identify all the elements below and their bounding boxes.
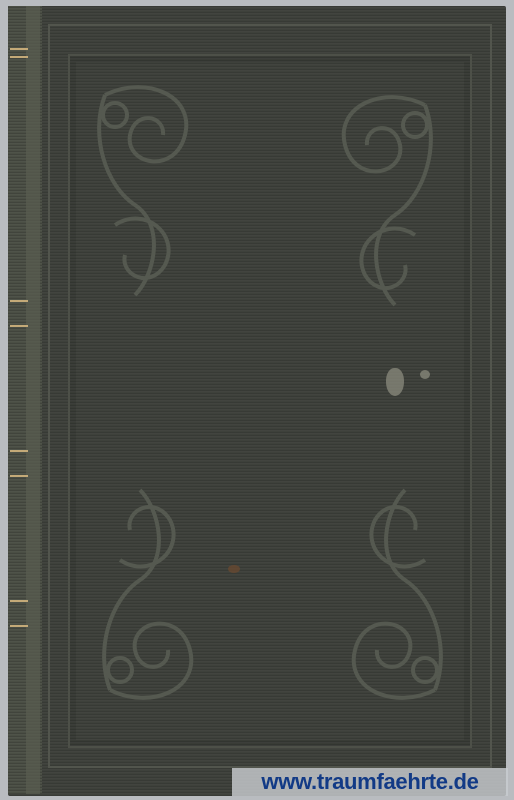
watermark-text: www.traumfaehrte.de <box>232 768 508 796</box>
spine-band <box>10 325 28 327</box>
wear-spot <box>386 368 404 396</box>
spine-band <box>10 625 28 627</box>
spine-band <box>10 475 28 477</box>
spine-band <box>10 600 28 602</box>
spine-band <box>10 300 28 302</box>
spine-band <box>10 450 28 452</box>
ornament-top-right-icon <box>325 85 445 325</box>
spine-hinge <box>26 6 40 794</box>
ornament-bottom-left-icon <box>90 470 210 710</box>
ornament-bottom-right-icon <box>335 470 455 710</box>
spine-band <box>10 56 28 58</box>
ornament-top-left-icon <box>85 75 205 315</box>
wear-spot <box>228 565 240 573</box>
wear-spot <box>420 370 430 379</box>
spine-band <box>10 48 28 50</box>
